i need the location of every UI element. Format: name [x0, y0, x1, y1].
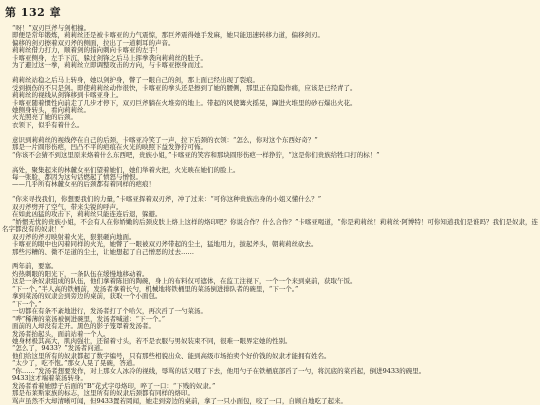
- paragraph-group: 高处，聚集起来的林麓女巫们望着她们，她们举着火把，火光映在她们的脸上。每一张脸，…: [2, 167, 538, 189]
- paragraph-group: 两年前，要塞。灼热刺眼的阳光下，一条队伍在缓慢地移动着。这是一条奴隶组成的队伍，…: [2, 263, 538, 405]
- paragraph-group: 莉莉丝站稳之后马上转身，她以剑护身，瞥了一眼自己的剑，那上面已经出现了裂痕。受到…: [2, 77, 538, 129]
- paragraph: 她侧身转头，看向莉莉丝。: [2, 107, 538, 114]
- chapter-body: “呀！”双刃巨斧与剑相撞。即便是常年锻炼，莉莉丝还是被卡喀亚的力气震惊，那巨斧震…: [2, 25, 538, 405]
- chapter-title: 第 132 章: [5, 6, 538, 20]
- paragraph: 衣领下，似乎有着什么。: [2, 122, 538, 129]
- paragraph: ——几乎所有林麓女巫的后颈都有着同样的疤痕！: [2, 181, 538, 188]
- paragraph: 拿到菜汤的奴隶会到旁边的桌前，获取一个小面包。: [2, 293, 538, 300]
- paragraph: 为了避过这一拳，莉莉丝立即调整攻击的方向，与卡喀亚擦身而过。: [2, 62, 538, 69]
- document-page: 第 132 章 “呀！”双刃巨斧与剑相撞。即便是常年锻炼，莉莉丝还是被卡喀亚的力…: [0, 0, 540, 405]
- paragraph: 那些污糟的、微不足道的尘土，让她想起了自己憎恶的过去……: [2, 249, 538, 256]
- paragraph: “娇惯无忧的贵族小姐，不会有人在你娇嫩的后颈皮肤上烙上这样的烙印吧？你说合作？什…: [2, 219, 538, 234]
- paragraph: 骂声虽然不大却清晰可闻，但9433置若罔闻，她走到旁边的桌前，拿了一只小面包，咬…: [2, 398, 538, 405]
- novel-reader-page: { "colors": { "background": "#fcf5df", "…: [0, 0, 540, 405]
- paragraph: “你该不会猜不到这里原来烙着什么东西吧，贵族小姐，”卡喀亚的笑容和那块圆形伤疤一…: [2, 152, 538, 159]
- paragraph-group: “呀！”双刃巨斧与剑相撞。即便是常年锻炼，莉莉丝还是被卡喀亚的力气震惊，那巨斧震…: [2, 25, 538, 70]
- paragraph-group: 意识到莉莉丝的视线停在自己的后颈，卡喀亚冷笑了一声，拉下后颈的衣领：“怎么，你对…: [2, 137, 538, 159]
- paragraph-group: “你来寻找我们，你想要我们的力量，”卡喀亚挥着双刃斧，冲了过来：“可你这种贵族出…: [2, 196, 538, 256]
